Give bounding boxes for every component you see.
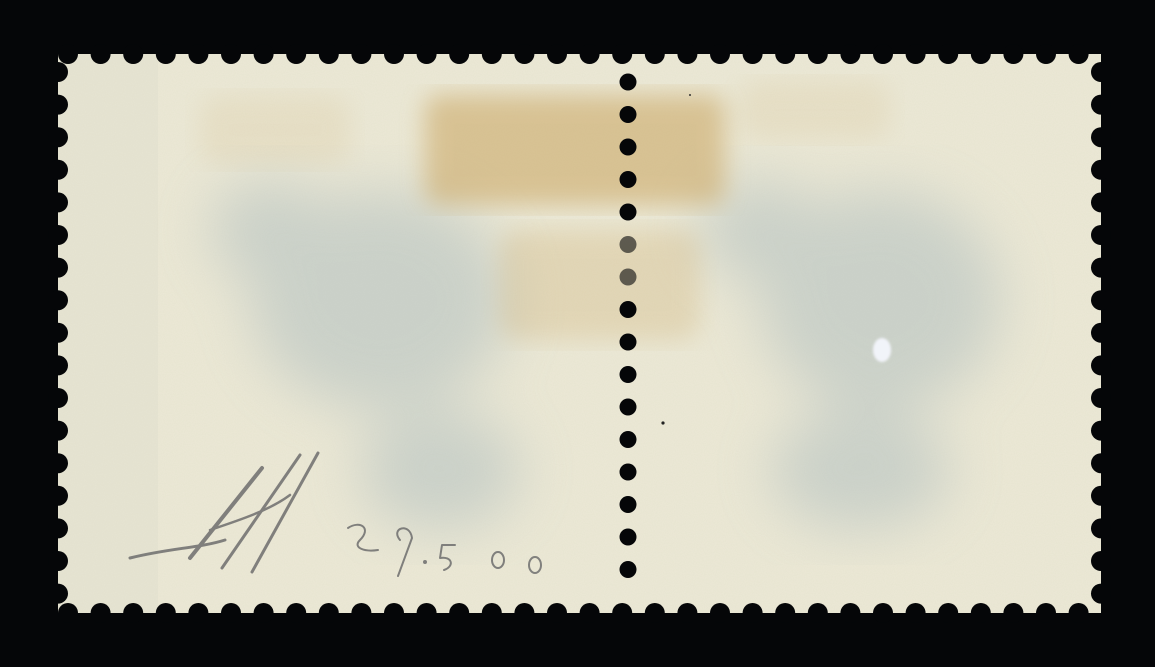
stamp-pair-photo: AA 29.500 <box>0 0 1155 667</box>
thin-spot <box>873 338 891 362</box>
selvage-shadow <box>58 54 158 613</box>
